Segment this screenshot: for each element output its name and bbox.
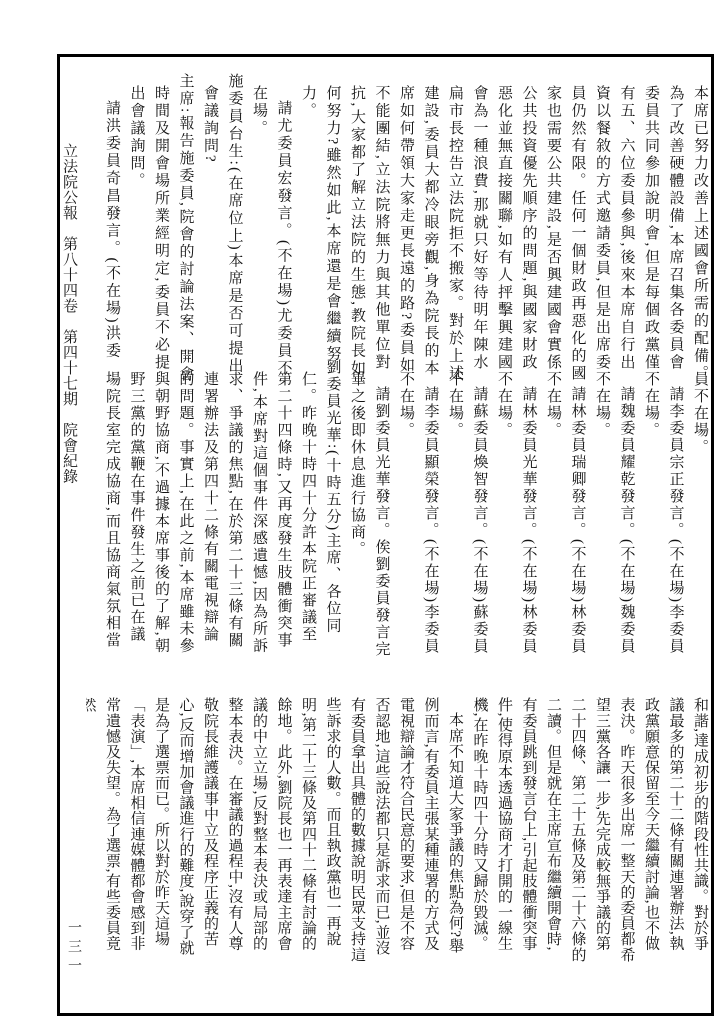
text-register-top: 本席已努力改善上述國會所需的配備。為了改善硬體設備,本席召集各委員會委員共同參加… [86,73,712,385]
paragraph: 劉委員光華:(十時五分)主席、各位同仁。昨晚十時四十分許本院正審議至第二十四條時… [100,371,345,659]
page-number: 一三一 [63,920,83,977]
text-register-middle: 員不在場。 請李委員宗正發言。(不在場)李委員不在場。 請魏委員耀乾發言。(不在… [86,359,712,659]
gazette-page: 立法院公報 第八十四卷 第四十七期 院會紀錄 本席已努力改善上述國會所需的配備。… [0,0,726,1024]
paragraph: 請洪委員奇昌發言。(不在場)洪委 [100,85,125,385]
paragraph: 員不在場。 [688,371,713,659]
paragraph: 請蘇委員煥智發言。(不在場)蘇委員不在場。 [443,371,492,659]
paragraph: 請魏委員耀乾發言。(不在場)魏委員不在場。 [590,371,639,659]
paragraph: 主席:報告施委員,院會的討論法案、開會時間及開會場所業經明定,委員不必提出會議詢… [124,85,198,385]
paragraph: 本席已努力改善上述國會所需的配備。為了改善硬體設備,本席召集各委員會委員共同參加… [296,85,713,385]
paragraph: 請林委員光華發言。(不在場)林委員不在場。 [492,371,541,659]
paragraph: 請劉委員光華發言。俟劉委員發言完畢之後即休息進行協商。 [345,371,394,659]
paragraph: 施委員台生:(在席位上)本席是否可提出會議詢問? [198,85,247,385]
paragraph: 請尤委員宏發言。(不在場)尤委員不在場。 [247,85,296,385]
paragraph: 請李委員宗正發言。(不在場)李委員不在場。 [639,371,688,659]
paragraph: 和諧,達成初步的階段性共識。對於爭議最多的第二十二條有關連署辦法,執政黨願意保留… [467,697,712,963]
paragraph: 請林委員瑞卿發言。(不在場)林委員不在場。 [541,371,590,659]
paragraph: 請李委員顯榮發言。(不在場)李委員不在場。 [394,371,443,659]
paragraph: 本席不知道大家爭議的焦點為何?舉例而言,有委員主張某種連署的方式及電視辯論才符合… [86,697,467,963]
gazette-header: 立法院公報 第八十四卷 第四十七期 院會紀錄 [59,143,80,488]
text-register-bottom: 和諧,達成初步的階段性共識。對於爭議最多的第二十二條有關連署辦法,執政黨願意保留… [86,685,712,963]
